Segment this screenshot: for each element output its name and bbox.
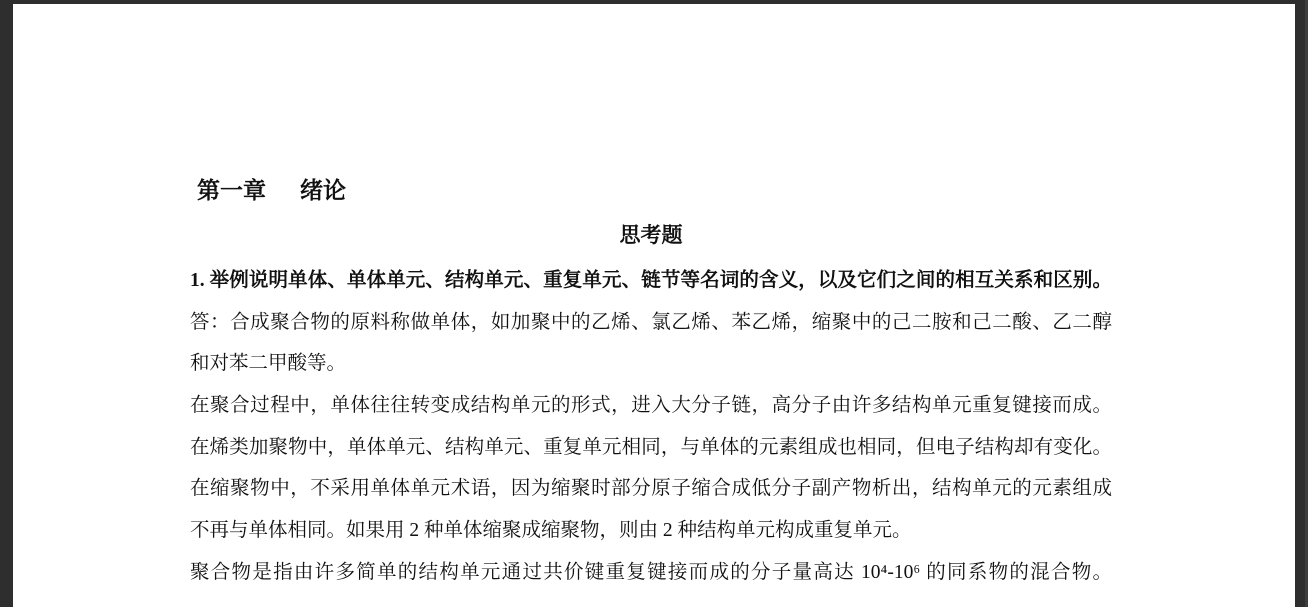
text-line: 在烯类加聚物中，单体单元、结构单元、重复单元相同，与单体的元素组成也相同，但电子… (190, 427, 1112, 469)
text-line: 聚合物是指由许多简单的结构单元通过共价键重复键接而成的分子量高达 10⁴-10⁶… (190, 552, 1112, 594)
text-line: 答：合成聚合物的原料称做单体，如加聚中的乙烯、氯乙烯、苯乙烯，缩聚中的己二胺和己… (190, 302, 1112, 344)
text-line: 在聚合过程中，单体往往转变成结构单元的形式，进入大分子链，高分子由许多结构单元重… (190, 385, 1112, 427)
document-body: 1. 举例说明单体、单体单元、结构单元、重复单元、链节等名词的含义，以及它们之间… (190, 260, 1112, 594)
text-line: 不再与单体相同。如果用 2 种单体缩聚成缩聚物，则由 2 种结构单元构成重复单元… (190, 510, 1112, 552)
text-line: 在缩聚物中，不采用单体单元术语，因为缩聚时部分原子缩合成低分子副产物析出，结构单… (190, 468, 1112, 510)
document-viewer-background: 第一章绪论 思考题 1. 举例说明单体、单体单元、结构单元、重复单元、链节等名词… (0, 0, 1308, 607)
chapter-title: 绪论 (300, 178, 346, 203)
section-heading: 思考题 (190, 219, 1112, 249)
text-line: 1. 举例说明单体、单体单元、结构单元、重复单元、链节等名词的含义，以及它们之间… (190, 260, 1112, 302)
text-line: 和对苯二甲酸等。 (190, 343, 1112, 385)
document-page: 第一章绪论 思考题 1. 举例说明单体、单体单元、结构单元、重复单元、链节等名词… (13, 4, 1295, 607)
chapter-heading: 第一章绪论 (197, 172, 346, 205)
chapter-number: 第一章 (197, 178, 266, 203)
